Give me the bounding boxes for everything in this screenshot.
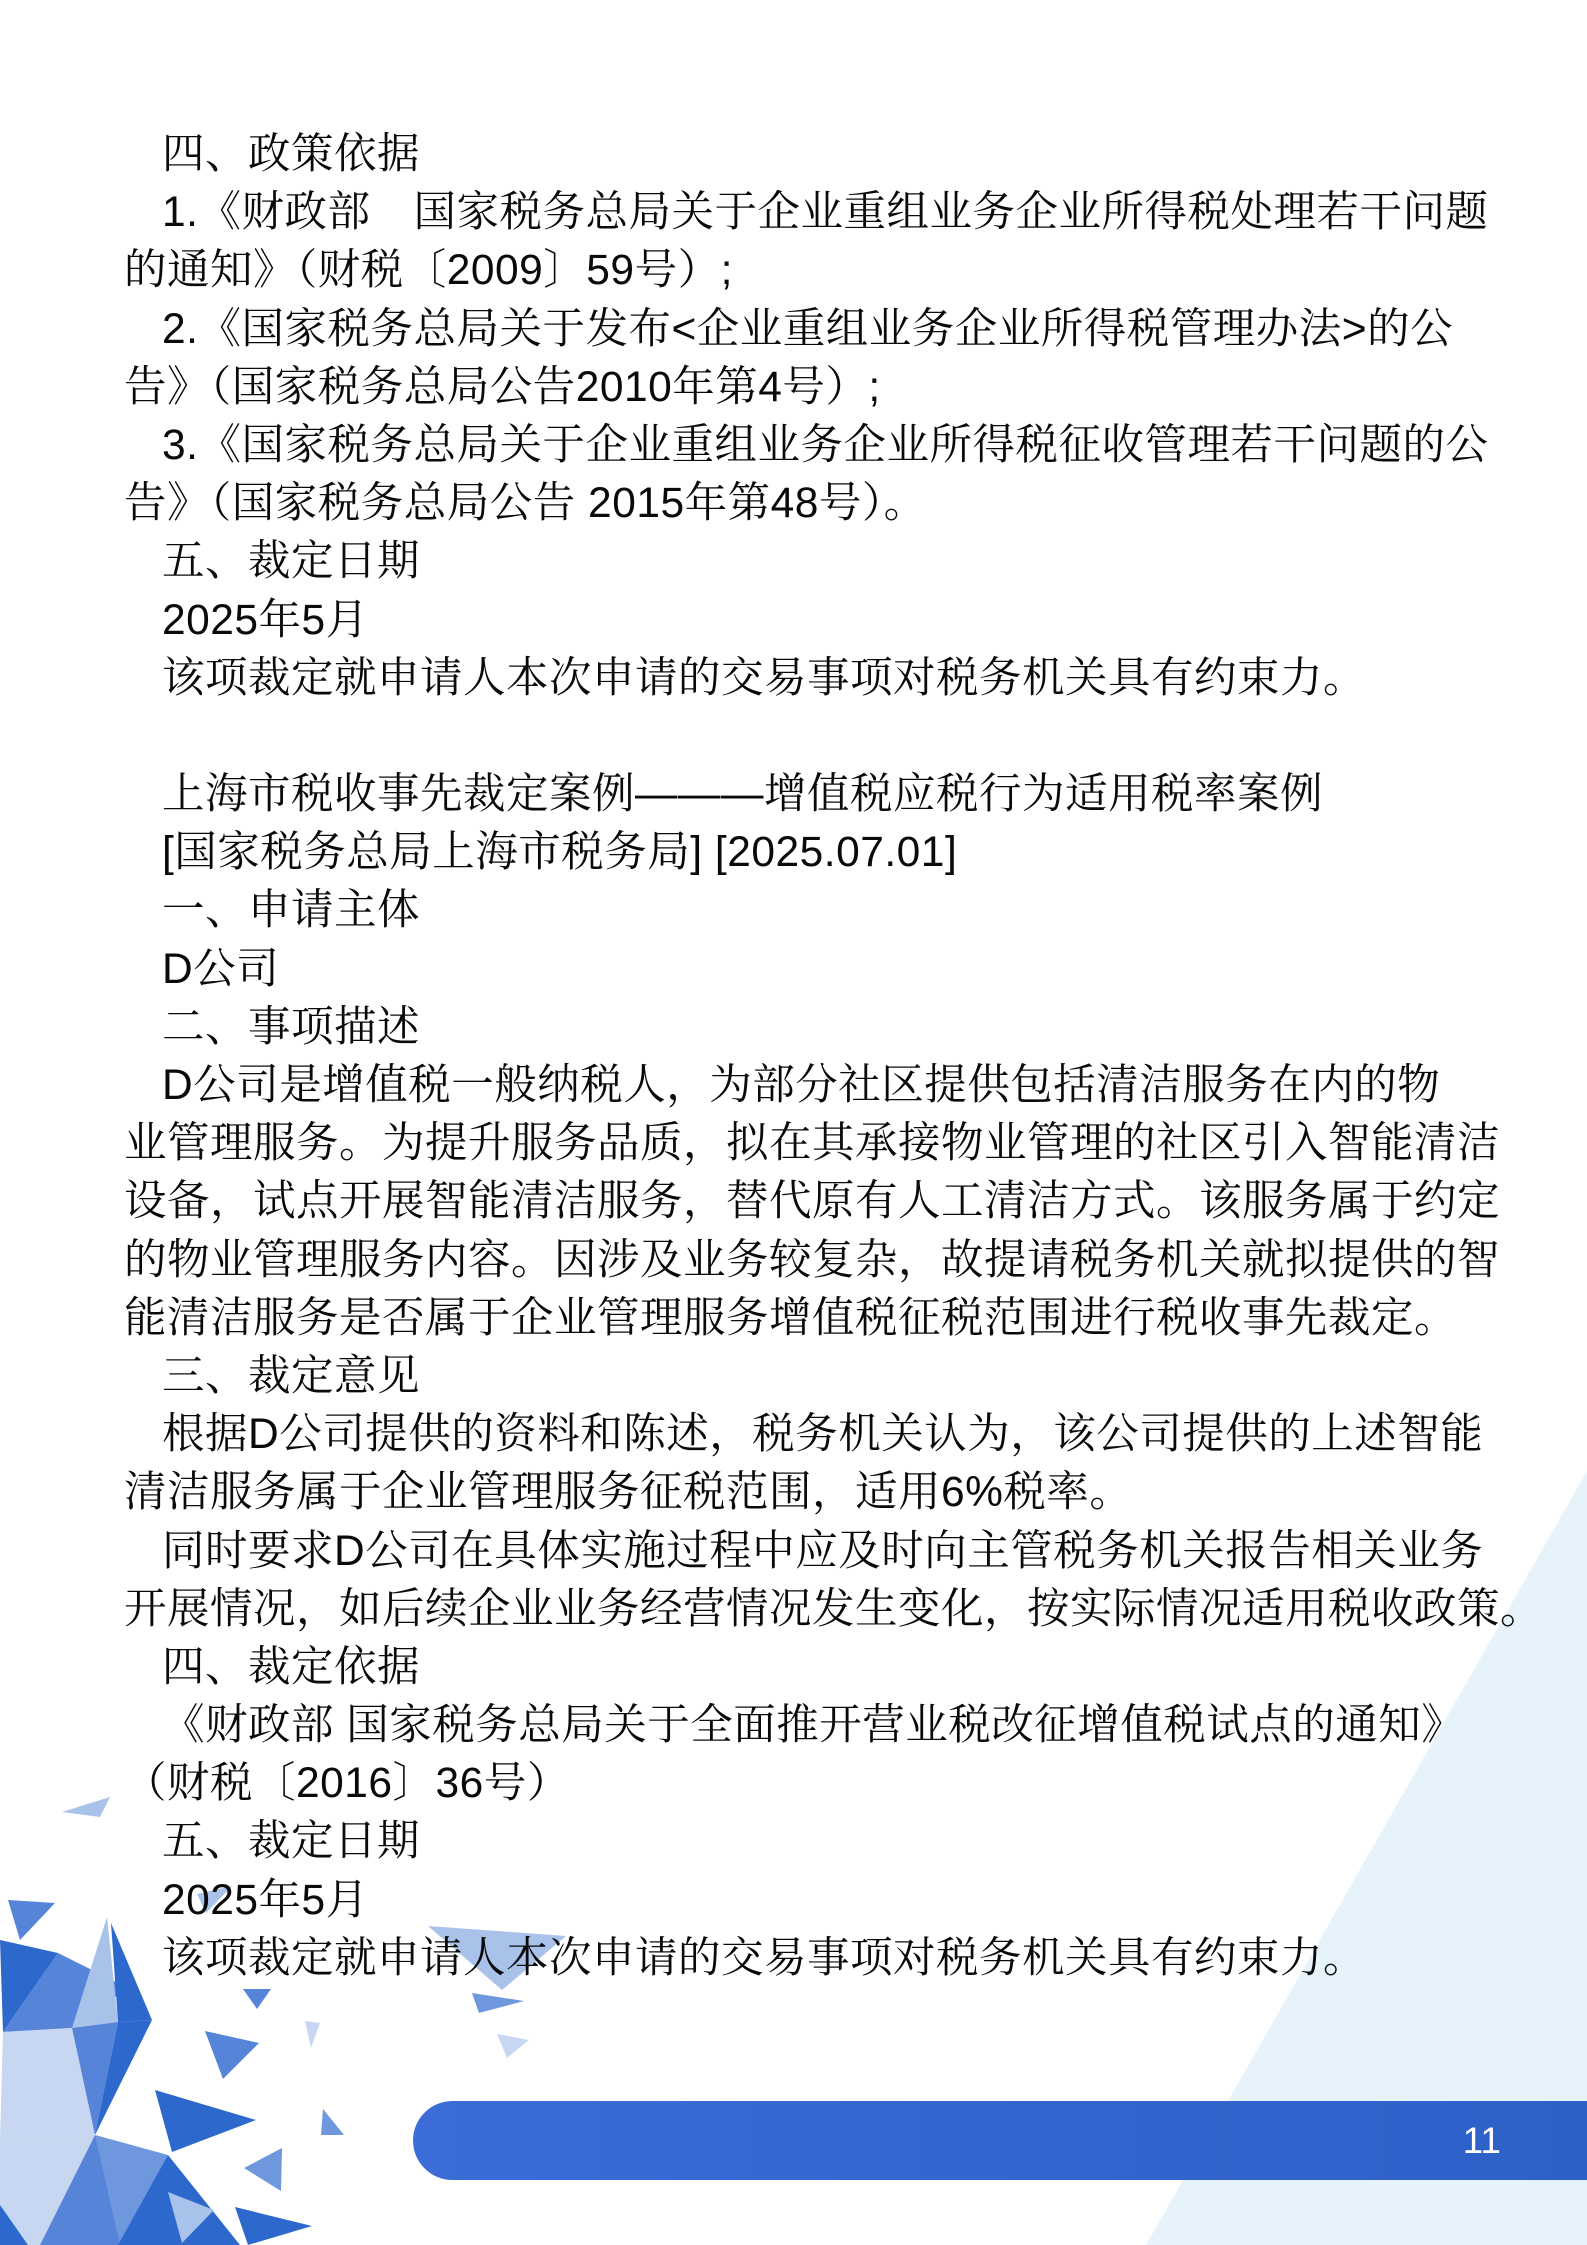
- text-line: 2.《国家税务总局关于发布<企业重组业务企业所得税管理办法>的公: [124, 301, 1476, 359]
- footer-bar: 11: [413, 2101, 1587, 2180]
- text-line: 2025年5月: [124, 1872, 1476, 1930]
- blank-line: [124, 708, 1476, 766]
- page-number: 11: [1463, 2101, 1501, 2180]
- text-line: 的通知》（财税〔2009〕59号）;: [124, 242, 1476, 300]
- text-line: 的物业管理服务内容。因涉及业务较复杂，故提请税务机关就拟提供的智: [124, 1232, 1476, 1290]
- text-line: 上海市税收事先裁定案例———增值税应税行为适用税率案例: [124, 766, 1476, 824]
- text-line: 该项裁定就申请人本次申请的交易事项对税务机关具有约束力。: [124, 650, 1476, 708]
- text-line: 《财政部 国家税务总局关于全面推开营业税改征增值税试点的通知》: [124, 1697, 1476, 1755]
- text-line: 告》（国家税务总局公告 2015年第48号）。: [124, 475, 1476, 533]
- text-line: 四、政策依据: [124, 126, 1476, 184]
- document-page: 四、政策依据1.《财政部 国家税务总局关于企业重组业务企业所得税处理若干问题的通…: [0, 0, 1587, 2245]
- text-line: 三、裁定意见: [124, 1348, 1476, 1406]
- text-line: 设备，试点开展智能清洁服务，替代原有人工清洁方式。该服务属于约定: [124, 1173, 1476, 1231]
- text-line: 一、申请主体: [124, 882, 1476, 940]
- text-line: 2025年5月: [124, 592, 1476, 650]
- text-line: 五、裁定日期: [124, 533, 1476, 591]
- text-line: 同时要求D公司在具体实施过程中应及时向主管税务机关报告相关业务: [124, 1523, 1476, 1581]
- text-line: 业管理服务。为提升服务品质，拟在其承接物业管理的社区引入智能清洁: [124, 1115, 1476, 1173]
- text-line: 开展情况，如后续企业业务经营情况发生变化，按实际情况适用税收政策。: [124, 1581, 1476, 1639]
- text-line: D公司是增值税一般纳税人，为部分社区提供包括清洁服务在内的物: [124, 1057, 1476, 1115]
- document-body: 四、政策依据1.《财政部 国家税务总局关于企业重组业务企业所得税处理若干问题的通…: [124, 126, 1476, 1988]
- text-line: [国家税务总局上海市税务局] [2025.07.01]: [124, 824, 1476, 882]
- text-line: 根据D公司提供的资料和陈述，税务机关认为，该公司提供的上述智能: [124, 1406, 1476, 1464]
- text-line: 3.《国家税务总局关于企业重组业务企业所得税征收管理若干问题的公: [124, 417, 1476, 475]
- text-line: 清洁服务属于企业管理服务征税范围，适用6%税率。: [124, 1464, 1476, 1522]
- text-line: 五、裁定日期: [124, 1813, 1476, 1871]
- text-line: 四、裁定依据: [124, 1639, 1476, 1697]
- text-line: 告》（国家税务总局公告2010年第4号）;: [124, 359, 1476, 417]
- text-line: 能清洁服务是否属于企业管理服务增值税征税范围进行税收事先裁定。: [124, 1290, 1476, 1348]
- text-line: 1.《财政部 国家税务总局关于企业重组业务企业所得税处理若干问题: [124, 184, 1476, 242]
- text-line: （财税〔2016〕36号）: [124, 1755, 1476, 1813]
- text-line: 二、事项描述: [124, 999, 1476, 1057]
- text-line: 该项裁定就申请人本次申请的交易事项对税务机关具有约束力。: [124, 1930, 1476, 1988]
- text-line: D公司: [124, 941, 1476, 999]
